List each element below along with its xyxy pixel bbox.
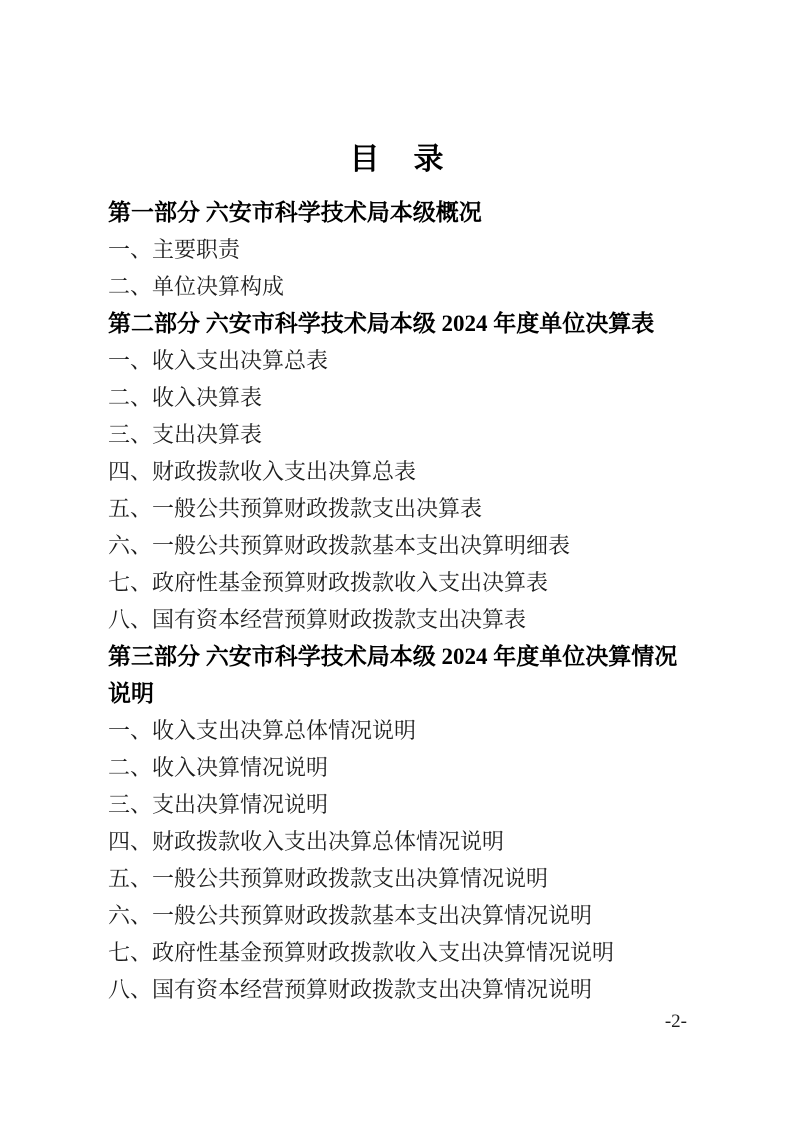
toc-item: 一、主要职责 [108,231,687,268]
toc-section-heading: 第二部分 六安市科学技术局本级 2024 年度单位决算表 [108,305,687,342]
page-title: 目 录 [108,141,687,179]
toc-item: 六、一般公共预算财政拨款基本支出决算情况说明 [108,897,687,934]
toc-item: 一、收入支出决算总体情况说明 [108,712,687,749]
toc-section-heading: 第一部分 六安市科学技术局本级概况 [108,194,687,231]
toc-item: 五、一般公共预算财政拨款支出决算表 [108,490,687,527]
toc-item: 七、政府性基金预算财政拨款收入支出决算情况说明 [108,934,687,971]
toc-section-heading: 第三部分 六安市科学技术局本级 2024 年度单位决算情况说明 [108,638,687,712]
toc-item: 四、财政拨款收入支出决算总表 [108,453,687,490]
toc-item: 二、收入决算表 [108,379,687,416]
toc-item: 六、一般公共预算财政拨款基本支出决算明细表 [108,527,687,564]
page-number: -2- [108,1010,687,1034]
toc-item: 八、国有资本经营预算财政拨款支出决算情况说明 [108,971,687,1008]
toc-item: 一、收入支出决算总表 [108,342,687,379]
toc-item: 二、单位决算构成 [108,268,687,305]
toc-item: 三、支出决算表 [108,416,687,453]
toc-item: 五、一般公共预算财政拨款支出决算情况说明 [108,860,687,897]
toc-item: 二、收入决算情况说明 [108,749,687,786]
toc-item: 四、财政拨款收入支出决算总体情况说明 [108,823,687,860]
toc-item: 八、国有资本经营预算财政拨款支出决算表 [108,601,687,638]
toc-item: 七、政府性基金预算财政拨款收入支出决算表 [108,564,687,601]
toc-item: 三、支出决算情况说明 [108,786,687,823]
table-of-contents: 第一部分 六安市科学技术局本级概况一、主要职责二、单位决算构成第二部分 六安市科… [108,194,687,1008]
document-page: 目 录 第一部分 六安市科学技术局本级概况一、主要职责二、单位决算构成第二部分 … [0,0,793,1122]
